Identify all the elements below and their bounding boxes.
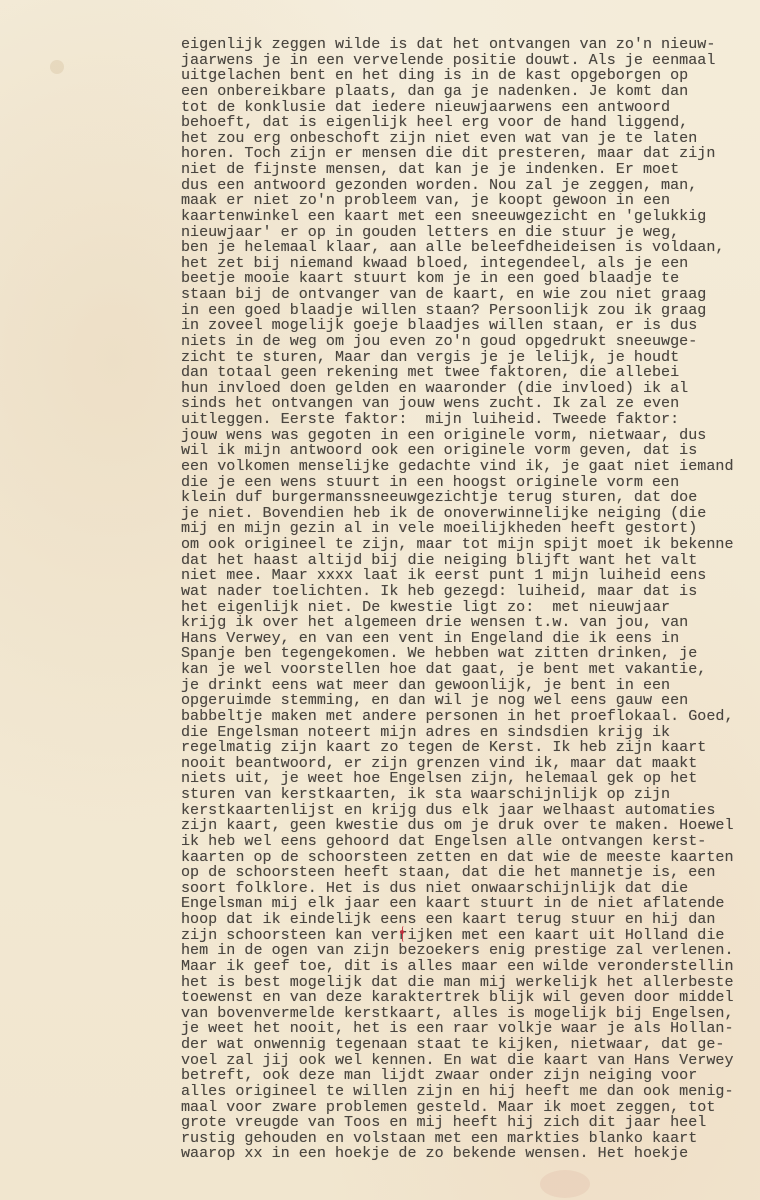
paper-stain — [540, 1170, 590, 1198]
red-correction-mark — [402, 926, 406, 942]
paper-stain — [50, 60, 64, 74]
typewritten-page: eigenlijk zeggen wilde is dat het ontvan… — [0, 0, 760, 1200]
letter-body: eigenlijk zeggen wilde is dat het ontvan… — [181, 37, 734, 1162]
red-correction-dot — [400, 930, 404, 934]
text-line: waarop xx in een hoekje de zo bekende we… — [181, 1146, 734, 1162]
